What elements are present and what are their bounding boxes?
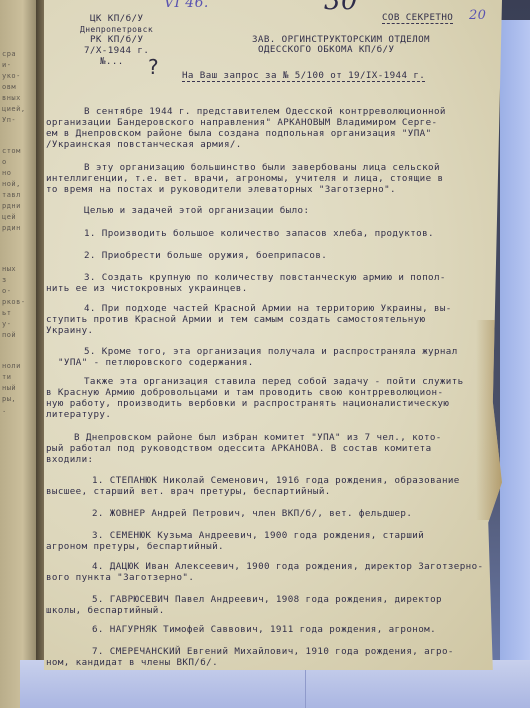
goal-item: 5. Кроме того, эта организация получала … — [84, 346, 458, 357]
left-page-text-fragment: рдни — [2, 202, 21, 210]
member-item-cont: ном, кандидат в члены ВКП/б/. — [46, 657, 218, 668]
handwritten-sheet-number: 30 — [324, 0, 358, 7]
member-item: 2. ЖОВНЕР Андрей Петрович, член ВКП/б/, … — [92, 508, 412, 519]
left-page-text-fragment: цей — [2, 213, 16, 221]
member-item-cont: вого пункта "Заготзерно". — [46, 572, 194, 583]
member-item-cont: высшее, старший вет. врач претуры, беспа… — [46, 486, 331, 497]
text-line: входили: — [46, 454, 93, 465]
goal-item-cont: "УПА" - петлюровского содержания. — [58, 357, 254, 368]
addressee-line: ОДЕССКОГО ОБКОМА КП/б/У — [258, 44, 394, 55]
reference-line: На Ваш запрос за № 5/100 от 19/IХ-1944 г… — [182, 70, 425, 82]
left-page-text-fragment: . — [2, 406, 7, 414]
left-page-text-fragment: сра — [2, 50, 16, 58]
left-page-text-fragment: и- — [2, 61, 11, 69]
goal-item: 2. Приобрести больше оружия, боеприпасов… — [84, 250, 327, 261]
left-page-text-fragment: ной, — [2, 180, 21, 188]
member-item-cont: школы, беспартийный. — [46, 605, 165, 616]
member-item: 1. СТЕПАНЮК Николай Семенович, 1916 года… — [92, 475, 460, 486]
text-line: В эту организацию большинство были завер… — [84, 162, 440, 173]
goal-item-cont: ступить против Красной Армии и тем самым… — [46, 314, 426, 325]
goal-item: 3. Создать крупную по количеству повстан… — [84, 272, 446, 283]
member-item: 7. СМЕРЕЧАНСКИЙ Евгений Михайлович, 1910… — [92, 646, 454, 657]
left-page-text-fragment: стом — [2, 147, 21, 155]
previous-page-strip: сраи-уко-овмвныхцией,Уп-стомононой,тавлр… — [0, 0, 38, 708]
sender-number: №... — [100, 56, 124, 67]
left-page-text-fragment: ных — [2, 265, 16, 273]
left-page-text-fragment: ный — [2, 384, 16, 392]
member-item-cont: агроном претуры, беспартийный. — [46, 541, 224, 552]
goal-item: 1. Производить большое количество запасо… — [84, 228, 434, 239]
text-line: В Днепровском районе был избран комитет … — [74, 432, 442, 443]
left-page-text-fragment: цией, — [2, 105, 26, 113]
handwritten-archive-mark: VI 46. — [164, 0, 209, 9]
text-line: литературу. — [46, 409, 111, 420]
sender-date: 7/Х-1944 г. — [84, 45, 149, 56]
member-item: 3. СЕМЕНЮК Кузьма Андреевич, 1900 года р… — [92, 530, 424, 541]
background-sheet — [500, 20, 530, 680]
text-line: В сентябре 1944 г. представителем Одесск… — [84, 106, 446, 117]
text-line: /Украинская повстанческая армия/. — [46, 139, 242, 150]
left-page-text-fragment: о — [2, 158, 7, 166]
text-line: ем в Днепровском районе была создана под… — [46, 128, 432, 139]
left-page-text-fragment: ти — [2, 373, 11, 381]
text-line: Также эта организация ставила перед собо… — [84, 376, 464, 387]
text-line: то время на постах и руководители элеват… — [46, 184, 396, 195]
member-item: 4. ДАЦЮК Иван Алексеевич, 1900 года рожд… — [92, 561, 483, 572]
left-page-text-fragment: тавл — [2, 191, 21, 199]
left-page-text-fragment: уко- — [2, 72, 21, 80]
sender-line: РК КП/б/У — [90, 34, 143, 45]
member-item: 6. НАГУРНЯК Тимофей Саввович, 1911 года … — [92, 624, 436, 635]
text-line: рый работал под руководством одессита АР… — [46, 443, 432, 454]
left-page-text-fragment: Уп- — [2, 116, 16, 124]
handwritten-corner-number: 20 — [469, 10, 486, 21]
goal-item-cont: Украину. — [46, 325, 93, 336]
goals-heading: Целью и задачей этой организации было: — [84, 205, 309, 216]
left-page-text-fragment: ры, — [2, 395, 16, 403]
left-page-text-fragment: ноли — [2, 362, 21, 370]
handwritten-question-mark: ? — [148, 62, 159, 73]
left-page-text-fragment: вных — [2, 94, 21, 102]
sender-line: ЦК КП/б/У — [90, 13, 143, 24]
text-line: интеллигенции, т.е. вет. врачи, агрономы… — [46, 173, 443, 184]
secrecy-stamp: СОВ СЕКРЕТНО — [382, 12, 453, 24]
left-page-text-fragment: з — [2, 276, 7, 284]
goal-item-cont: нить ее из чистокровных украинцев. — [46, 283, 248, 294]
left-page-text-fragment: ьт — [2, 309, 11, 317]
text-line: ную работу, производить вербовки и распр… — [46, 398, 449, 409]
left-page-text-fragment: рков- — [2, 298, 26, 306]
left-page-text-fragment: овм — [2, 83, 16, 91]
document: ЦК КП/б/У Днепропетровск РК КП/б/У 7/Х-1… — [44, 0, 502, 670]
member-item: 5. ГАВРЮСЕВИЧ Павел Андреевич, 1908 года… — [92, 594, 442, 605]
text-line: в Красную Армию добровольцами и там пров… — [46, 387, 443, 398]
binder-spine — [36, 0, 44, 708]
left-page-text-fragment: пой — [2, 331, 16, 339]
left-page-text-fragment: о- — [2, 287, 11, 295]
left-page-text-fragment: рдин — [2, 224, 21, 232]
left-page-text-fragment: но — [2, 169, 11, 177]
goal-item: 4. При подходе частей Красной Армии на т… — [84, 303, 452, 314]
left-page-text-fragment: у- — [2, 320, 11, 328]
text-line: организации Бандеровского направления" А… — [46, 117, 437, 128]
